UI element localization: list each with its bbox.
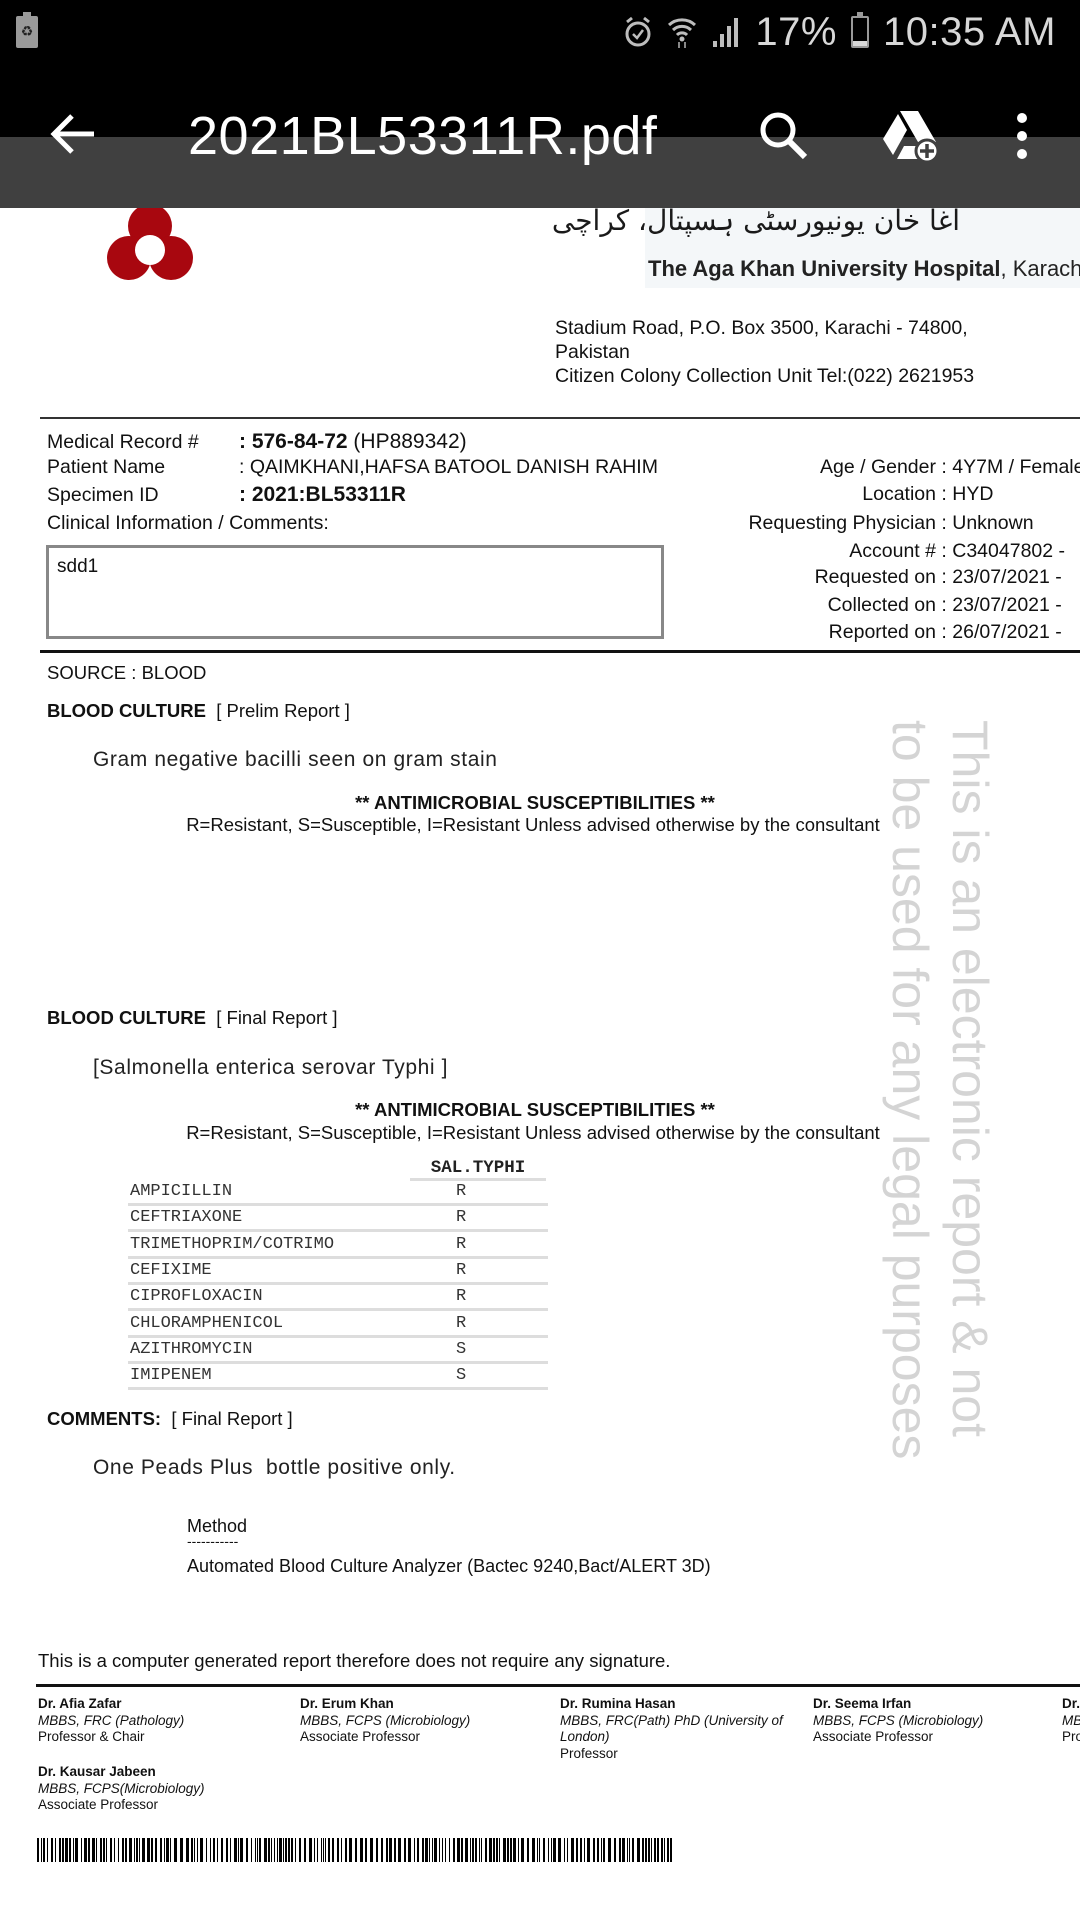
wifi-icon bbox=[667, 15, 697, 49]
table-header-organism: SAL.TYPHI bbox=[410, 1158, 546, 1181]
clock: 10:35 AM bbox=[883, 10, 1056, 55]
signature-disclaimer: This is a computer generated report ther… bbox=[38, 1650, 670, 1672]
doctor-signature-block: Dr. Seema IrfanMBBS, FCPS (Microbiology)… bbox=[813, 1696, 1053, 1746]
table-row: TRIMETHOPRIM/COTRIMOR bbox=[128, 1233, 548, 1259]
alarm-icon bbox=[623, 15, 653, 49]
divider bbox=[40, 650, 1080, 653]
drug-name: AZITHROMYCIN bbox=[130, 1340, 252, 1359]
info-row: Reported on : 26/07/2021 - bbox=[640, 621, 1080, 644]
drug-name: TRIMETHOPRIM/COTRIMO bbox=[130, 1235, 334, 1254]
hospital-logo bbox=[105, 208, 195, 290]
doctor-signature-block: Dr. Afia ZafarMBBS, FRC (Pathology)Profe… bbox=[38, 1696, 278, 1746]
susceptibility-result: R bbox=[456, 1182, 466, 1201]
arrow-left-icon[interactable] bbox=[44, 104, 104, 164]
clinical-info-label: Clinical Information / Comments: bbox=[47, 512, 329, 535]
doctor-signature-block: Dr.MBPro bbox=[1062, 1696, 1080, 1746]
table-row: CEFTRIAXONER bbox=[128, 1206, 548, 1232]
drive-add-icon bbox=[880, 109, 940, 163]
add-to-drive-button[interactable] bbox=[878, 104, 942, 168]
patient-name-row: Patient Name: QAIMKHANI,HAFSA BATOOL DAN… bbox=[47, 456, 658, 479]
susceptibility-result: R bbox=[456, 1235, 466, 1254]
susceptibility-result: S bbox=[456, 1340, 466, 1359]
document-title: 2021BL53311R.pdf bbox=[188, 104, 657, 168]
hospital-name-urdu: آغا خان یونیورسٹی ہسپتال، کراچی bbox=[552, 208, 960, 237]
search-button[interactable] bbox=[752, 104, 816, 168]
table-row: AMPICILLINR bbox=[128, 1180, 548, 1206]
comments-heading: COMMENTS: [ Final Report ] bbox=[47, 1408, 293, 1430]
recycle-battery-icon: ♻ bbox=[16, 16, 38, 48]
specimen-barcode bbox=[37, 1838, 673, 1862]
table-row: CEFIXIMER bbox=[128, 1259, 548, 1285]
table-row: IMIPENEMS bbox=[128, 1364, 548, 1390]
medical-record-row: Medical Record #: 576-84-72 (HP889342) bbox=[47, 430, 467, 454]
doctor-signature-block: Dr. Kausar JabeenMBBS, FCPS(Microbiology… bbox=[38, 1764, 298, 1814]
info-row: Location : HYD bbox=[640, 483, 1080, 506]
drug-name: CEFIXIME bbox=[130, 1261, 212, 1280]
table-row: AZITHROMYCINS bbox=[128, 1338, 548, 1364]
pdf-page[interactable]: آغا خان یونیورسٹی ہسپتال، کراچی The Aga … bbox=[0, 208, 1080, 1920]
final-finding: [Salmonella enterica serovar Typhi ] bbox=[93, 1056, 448, 1080]
info-row: Account # : C34047802 - bbox=[640, 540, 1080, 563]
specimen-id-row: Specimen ID: 2021:BL53311R bbox=[47, 483, 406, 507]
status-bar: ♻ 17% 10:35 AM bbox=[0, 0, 1080, 64]
susceptibility-result: R bbox=[456, 1314, 466, 1333]
susceptibility-result: R bbox=[456, 1208, 466, 1227]
doctor-signature-block: Dr. Rumina HasanMBBS, FRC(Path) PhD (Uni… bbox=[560, 1696, 800, 1762]
table-row: CHLORAMPHENICOLR bbox=[128, 1312, 548, 1338]
prelim-report-heading: BLOOD CULTURE [ Prelim Report ] bbox=[47, 700, 350, 722]
susceptibility-result: S bbox=[456, 1366, 466, 1385]
method-rule: ----------- bbox=[187, 1533, 238, 1549]
legal-watermark: This is an electronic report & not to be… bbox=[880, 720, 1000, 1459]
hospital-address: Stadium Road, P.O. Box 3500, Karachi - 7… bbox=[555, 316, 974, 388]
drug-name: IMIPENEM bbox=[130, 1366, 212, 1385]
hospital-name: The Aga Khan University Hospital, Karach… bbox=[648, 256, 1080, 282]
app-bar: 2021BL53311R.pdf bbox=[0, 64, 1080, 208]
drug-name: CHLORAMPHENICOL bbox=[130, 1314, 283, 1333]
drug-name: AMPICILLIN bbox=[130, 1182, 232, 1201]
more-options-button[interactable] bbox=[990, 104, 1054, 168]
battery-icon bbox=[851, 16, 869, 48]
source-label: SOURCE : BLOOD bbox=[47, 662, 206, 684]
search-icon bbox=[757, 109, 811, 163]
method-text: Automated Blood Culture Analyzer (Bactec… bbox=[187, 1556, 711, 1577]
comments-text: One Peads Plus bottle positive only. bbox=[93, 1456, 456, 1480]
divider bbox=[40, 417, 1080, 419]
susceptibility-result: R bbox=[456, 1261, 466, 1280]
more-vert-icon bbox=[1014, 111, 1030, 161]
info-row: Requested on : 23/07/2021 - bbox=[640, 566, 1080, 589]
signal-icon bbox=[711, 15, 741, 49]
drug-name: CIPROFLOXACIN bbox=[130, 1287, 263, 1306]
divider bbox=[36, 1684, 1080, 1687]
drug-name: CEFTRIAXONE bbox=[130, 1208, 242, 1227]
info-row: Collected on : 23/07/2021 - bbox=[640, 594, 1080, 617]
info-row: Requesting Physician : Unknown bbox=[640, 512, 1080, 535]
susceptibility-result: R bbox=[456, 1287, 466, 1306]
clinical-info-box: sdd1 bbox=[46, 545, 664, 639]
battery-percent: 17% bbox=[755, 10, 837, 55]
doctor-signature-block: Dr. Erum KhanMBBS, FCPS (Microbiology)As… bbox=[300, 1696, 550, 1746]
final-report-heading: BLOOD CULTURE [ Final Report ] bbox=[47, 1007, 338, 1029]
info-row: Age / Gender : 4Y7M / Female bbox=[640, 456, 1080, 479]
prelim-finding: Gram negative bacilli seen on gram stain bbox=[93, 748, 498, 772]
table-row: CIPROFLOXACINR bbox=[128, 1285, 548, 1311]
